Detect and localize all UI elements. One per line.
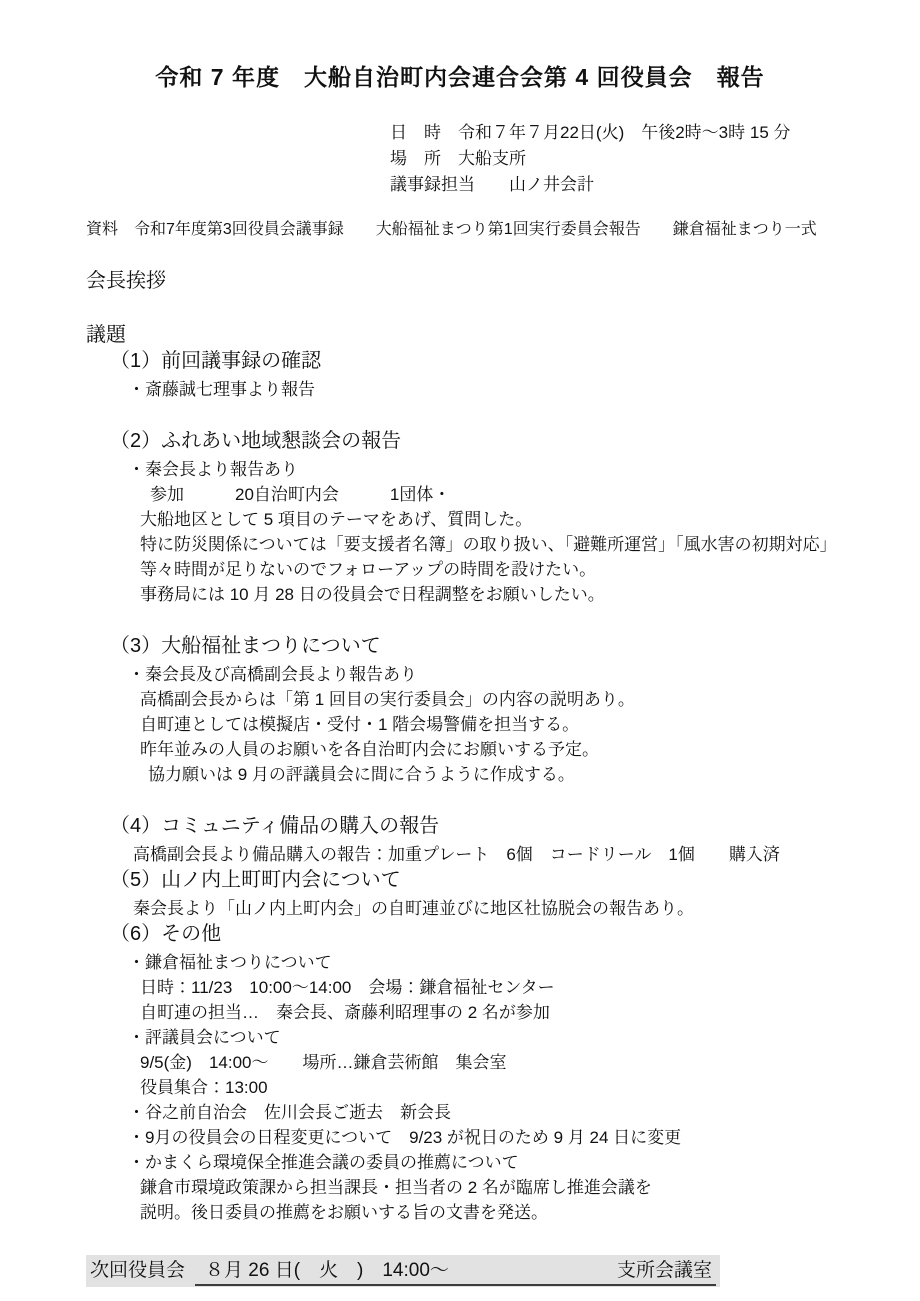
section-line: 大船地区として 5 項目のテーマをあげ、質問した。 [140,507,920,532]
section-line: 等々時間が足りないのでフォローアップの時間を設けたい。 [140,557,920,582]
section-line: 9/5(金) 14:00～ 場所…鎌倉芸術館 集会室 [140,1050,920,1075]
section-line: 事務局には 10 月 28 日の役員会で日程調整をお願いしたい。 [140,582,920,607]
section-1: （1）前回議事録の確認 ・斎藤誠七理事より報告 [0,348,920,402]
section-4: （4）コミュニティ備品の購入の報告 高橋副会長より備品購入の報告：加重プレート … [0,813,920,867]
chairman-greeting-heading: 会長挨拶 [86,268,920,294]
section-6-heading: （6）その他 [110,921,920,948]
section-line: 役員集合：13:00 [140,1075,920,1100]
next-meeting-label: 次回役員会 [90,1258,185,1284]
section-line: 高橋副会長より備品購入の報告：加重プレート 6個 コードリール 1個 購入済 [133,842,920,867]
section-5: （5）山ノ内上町町内会について 秦会長より「山ノ内上町内会」の自町連並びに地区社… [0,867,920,921]
section-2: （2）ふれあい地域懇談会の報告 ・秦会長より報告あり 参加 20自治町内会 1団… [0,428,920,607]
page-title: 令和 7 年度 大船自治町内会連合会第 4 回役員会 報告 [0,0,920,92]
meta-datetime: 日 時 令和７年７月22日(火) 午後2時～3時 15 分 [390,120,920,146]
section-line: 特に防災関係については「要支援者名簿」の取り扱い、「避難所運営」「風水害の初期対… [140,532,920,557]
meta-place: 場 所 大船支所 [390,146,920,172]
section-line: 協力願いは 9 月の評議員会に間に合うように作成する。 [148,762,920,787]
next-meeting-room: 支所会議室 [617,1258,712,1284]
section-line: ・斎藤誠七理事より報告 [128,377,920,402]
section-line: ・秦会長及び高橋副会長より報告あり [128,662,920,687]
section-line: ・9月の役員会の日程変更について 9/23 が祝日のため 9 月 24 日に変更 [128,1125,920,1150]
next-meeting-underline: ８月 26 日( 火 ) 14:00～ 支所会議室 [195,1258,716,1286]
section-line: 高橋副会長からは「第 1 回目の実行委員会」の内容の説明あり。 [140,687,920,712]
section-line: 自町連としては模擬店・受付・1 階会場警備を担当する。 [140,712,920,737]
section-line: ・秦会長より報告あり [128,457,920,482]
section-line: ・評議員会について [128,1025,920,1050]
next-meeting-bar: 次回役員会 ８月 26 日( 火 ) 14:00～ 支所会議室 [86,1255,720,1287]
section-1-heading: （1）前回議事録の確認 [110,348,920,375]
agenda-heading: 議題 [86,322,920,348]
section-line: 鎌倉市環境政策課から担当課長・担当者の 2 名が臨席し推進会議を [140,1175,920,1200]
section-line: 参加 20自治町内会 1団体・ [150,482,920,507]
section-3-heading: （3）大船福祉まつりについて [110,633,920,660]
section-5-heading: （5）山ノ内上町町内会について [110,867,920,894]
section-line: 秦会長より「山ノ内上町内会」の自町連並びに地区社協脱会の報告あり。 [133,896,920,921]
section-line: ・かまくら環境保全推進会議の委員の推薦について [128,1150,920,1175]
section-line: 昨年並みの人員のお願いを各自治町内会にお願いする予定。 [140,737,920,762]
section-3: （3）大船福祉まつりについて ・秦会長及び高橋副会長より報告あり 高橋副会長から… [0,633,920,787]
next-meeting-datetime: ８月 26 日( 火 ) 14:00～ [205,1258,449,1284]
section-4-heading: （4）コミュニティ備品の購入の報告 [110,813,920,840]
section-line: 日時：11/23 10:00～14:00 会場：鎌倉福祉センター [140,975,920,1000]
section-line: 自町連の担当… 秦会長、斎藤利昭理事の 2 名が参加 [140,1000,920,1025]
section-line: 説明。後日委員の推薦をお願いする旨の文書を発送。 [140,1200,920,1225]
section-line: ・鎌倉福祉まつりについて [128,950,920,975]
section-6: （6）その他 ・鎌倉福祉まつりについて 日時：11/23 10:00～14:00… [0,921,920,1225]
resources-line: 資料 令和7年度第3回役員会議事録 大船福祉まつり第1回実行委員会報告 鎌倉福祉… [86,218,920,242]
meeting-meta: 日 時 令和７年７月22日(火) 午後2時～3時 15 分 場 所 大船支所 議… [390,120,920,198]
section-2-heading: （2）ふれあい地域懇談会の報告 [110,428,920,455]
document-page: 令和 7 年度 大船自治町内会連合会第 4 回役員会 報告 日 時 令和７年７月… [0,0,920,1301]
meta-recorder: 議事録担当 山ノ井会計 [390,172,920,198]
section-line: ・谷之前自治会 佐川会長ご逝去 新会長 [128,1100,920,1125]
